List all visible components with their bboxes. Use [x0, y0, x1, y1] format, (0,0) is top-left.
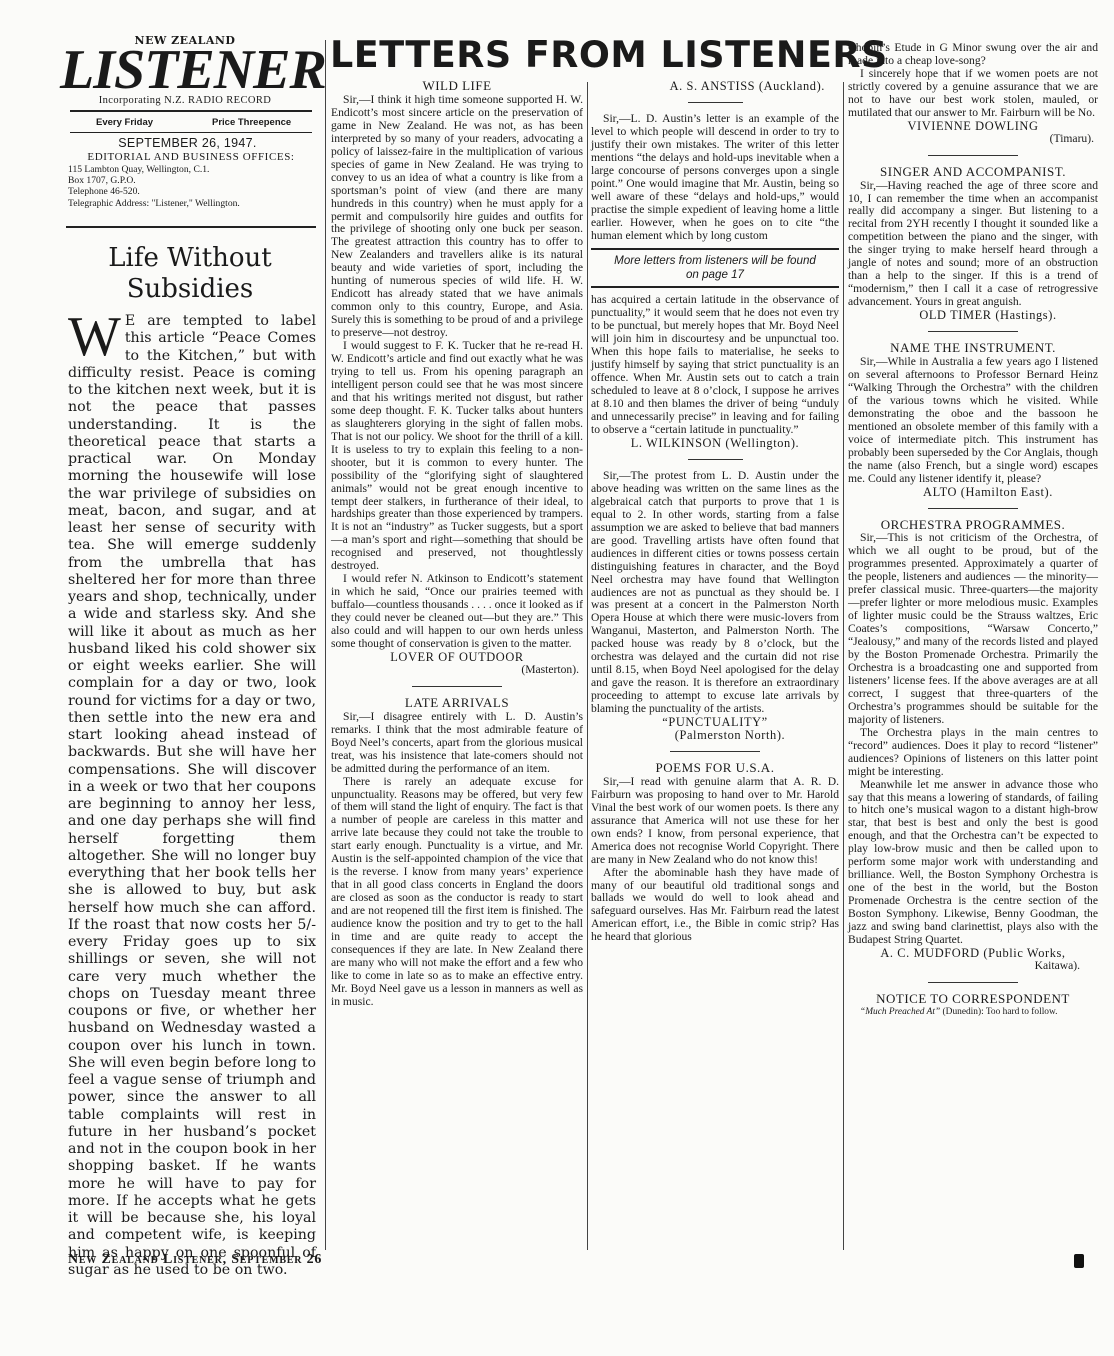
section-title: LETTERS FROM LISTENERS: [330, 34, 840, 76]
letter-place: Kaitawa).: [848, 960, 1098, 973]
letter-separator: [688, 102, 743, 103]
letter-place: (Timaru).: [848, 133, 1098, 146]
letter-heading: WILD LIFE: [331, 80, 583, 93]
notice-line: More letters from listeners will be foun…: [591, 254, 839, 268]
notice-line: on page 17: [591, 268, 839, 282]
letter-signature: A. S. ANSTISS (Auckland).: [591, 80, 839, 93]
page-number-mark: [1074, 1254, 1084, 1268]
address-line: Telephone 46-520.: [68, 186, 240, 197]
editorial-title-line: Subsidies: [60, 274, 320, 305]
letter-heading: NAME THE INSTRUMENT.: [848, 342, 1098, 355]
notice-correspondent: “Much Preached At”: [860, 1007, 940, 1017]
editorial-title-line: Life Without: [60, 243, 320, 274]
letter-paragraph: Sir,—Having reached the age of three sco…: [848, 180, 1098, 310]
letter-signature: ALTO (Hamilton East).: [848, 486, 1098, 499]
letter-separator: [688, 459, 743, 460]
letter-separator: [670, 751, 760, 752]
letter-paragraph: Chopin’s Etude in G Minor swung over the…: [848, 42, 1098, 68]
letter-paragraph: Sir,—This is not criticism of the Orches…: [848, 532, 1098, 726]
notice-text: “Much Preached At” (Dunedin): Too hard t…: [848, 1007, 1098, 1018]
letters-column-2: A. S. ANSTISS (Auckland). Sir,—L. D. Aus…: [591, 80, 839, 944]
letter-paragraph: I would suggest to F. K. Tucker that he …: [331, 340, 583, 573]
letter-paragraph: Meanwhile let me answer in advance those…: [848, 779, 1098, 947]
more-letters-notice: More letters from listeners will be foun…: [591, 248, 839, 288]
address-line: 115 Lambton Quay, Wellington, C.1.: [68, 164, 240, 175]
notice-reply: (Dunedin): Too hard to follow.: [940, 1007, 1057, 1017]
letter-heading: ORCHESTRA PROGRAMMES.: [848, 519, 1098, 532]
letter-place: (Masterton).: [331, 664, 583, 677]
masthead-rule: [70, 132, 312, 133]
drop-cap: W: [68, 315, 121, 359]
letter-place: (Palmerston North).: [591, 729, 839, 742]
letter-heading: POEMS FOR U.S.A.: [591, 762, 839, 775]
letter-paragraph: Sir,—I think it high time someone suppor…: [331, 94, 583, 340]
letter-paragraph: I sincerely hope that if we women poets …: [848, 68, 1098, 120]
offices-label: EDITORIAL AND BUSINESS OFFICES:: [66, 151, 316, 163]
letters-column-1: WILD LIFE Sir,—I think it high time some…: [331, 80, 583, 1009]
editorial-title: Life Without Subsidies: [60, 243, 320, 305]
column-divider: [587, 82, 588, 1250]
column-divider: [325, 40, 326, 1250]
letter-paragraph: Sir,—While in Australia a few years ago …: [848, 356, 1098, 486]
letter-separator: [928, 331, 1018, 332]
office-address: 115 Lambton Quay, Wellington, C.1. Box 1…: [68, 164, 240, 209]
letter-signature: L. WILKINSON (Wellington).: [591, 437, 839, 450]
letter-paragraph: I would refer N. Atkinson to Endicott’s …: [331, 573, 583, 651]
letter-signature: A. C. MUDFORD (Public Works,: [848, 947, 1098, 960]
notice-heading: NOTICE TO CORRESPONDENT: [848, 993, 1098, 1006]
letter-paragraph: has acquired a certain latitude in the o…: [591, 294, 839, 436]
page-footer: New Zealand Listener, September 26: [68, 1252, 322, 1268]
letter-paragraph: Sir,—I disagree entirely with L. D. Aust…: [331, 711, 583, 776]
editorial-body: W E are tempted to label this article “P…: [68, 313, 316, 1279]
letter-paragraph: Sir,—L. D. Austin’s letter is an example…: [591, 113, 839, 243]
masthead-frequency: Every Friday: [96, 117, 153, 128]
letter-separator: [412, 686, 502, 687]
letter-signature: VIVIENNE DOWLING: [848, 120, 1098, 133]
address-line: Telegraphic Address: "Listener," Welling…: [68, 198, 240, 209]
masthead-incorporating: Incorporating N.Z. RADIO RECORD: [60, 95, 310, 106]
letter-paragraph: There is rarely an adequate excuse for u…: [331, 776, 583, 1009]
letter-separator: [928, 155, 1018, 156]
letter-heading: LATE ARRIVALS: [331, 697, 583, 710]
letters-column-3: Chopin’s Etude in G Minor swung over the…: [848, 42, 1098, 1018]
letter-paragraph: Sir,—I read with genuine alarm that A. R…: [591, 776, 839, 867]
letter-signature: LOVER OF OUTDOOR: [331, 651, 583, 664]
letter-separator: [928, 508, 1018, 509]
column-divider: [843, 82, 844, 1250]
letter-paragraph: The Orchestra plays in the main centres …: [848, 727, 1098, 779]
masthead-price: Price Threepence: [212, 117, 291, 128]
letter-signature: OLD TIMER (Hastings).: [848, 309, 1098, 322]
masthead-rule: [70, 110, 312, 112]
issue-date: SEPTEMBER 26, 1947.: [60, 136, 315, 150]
editorial-text: Peace is coming to the kitchen next week…: [68, 365, 316, 1278]
letter-heading: SINGER AND ACCOMPANIST.: [848, 166, 1098, 179]
letter-paragraph: After the abominable hash they have made…: [591, 867, 839, 945]
letter-paragraph: Sir,—The protest from L. D. Austin under…: [591, 470, 839, 716]
address-line: Box 1707, G.P.O.: [68, 175, 240, 186]
masthead-title: LISTENER: [60, 44, 310, 96]
letter-separator: [928, 982, 1018, 983]
masthead-rule: [66, 226, 316, 228]
